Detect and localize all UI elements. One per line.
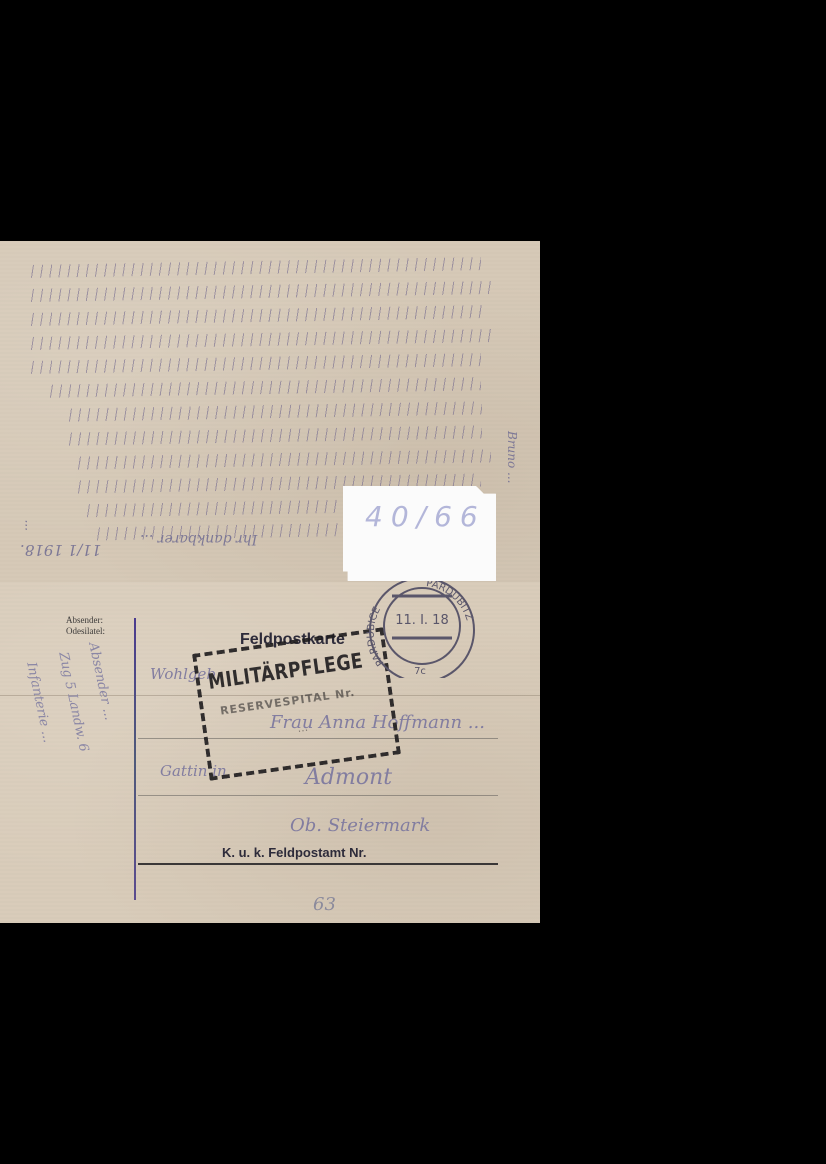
message-signature: Ihr dankbarer ... <box>140 531 257 547</box>
stamp-line-3: ... <box>297 721 309 735</box>
margin-note-left: ... <box>16 351 30 531</box>
postmark-town-left: PARDUBICE <box>366 605 387 667</box>
postmark-time: 7c <box>414 666 426 677</box>
address-line <box>138 795 498 796</box>
inventory-label: 40/66 <box>343 486 496 581</box>
postmark-icon: 11. I. 18 PARDUBICE PARDUBITZ 7c <box>362 578 480 678</box>
sender-label-german: Absender: <box>66 615 105 626</box>
sender-divider <box>134 618 136 900</box>
postmark-date: 11. I. 18 <box>395 613 448 628</box>
recipient-city: Admont <box>305 765 392 790</box>
sender-label-czech: Odesilatel: <box>66 626 105 637</box>
sender-label: Absender: Odesilatel: <box>66 615 105 637</box>
margin-note-right: Bruno ... <box>505 431 519 561</box>
stamp-line-2: RESERVESPITAL Nr. <box>219 686 356 718</box>
field-post-office-label: K. u. k. Feldpostamt Nr. <box>222 845 366 860</box>
message-date: 11/1 1918. <box>20 541 101 559</box>
inventory-number: 40/66 <box>365 500 486 533</box>
address-line-bottom <box>138 863 498 865</box>
recipient-region: Ob. Steiermark <box>290 815 430 836</box>
pencil-number: 63 <box>313 894 336 915</box>
